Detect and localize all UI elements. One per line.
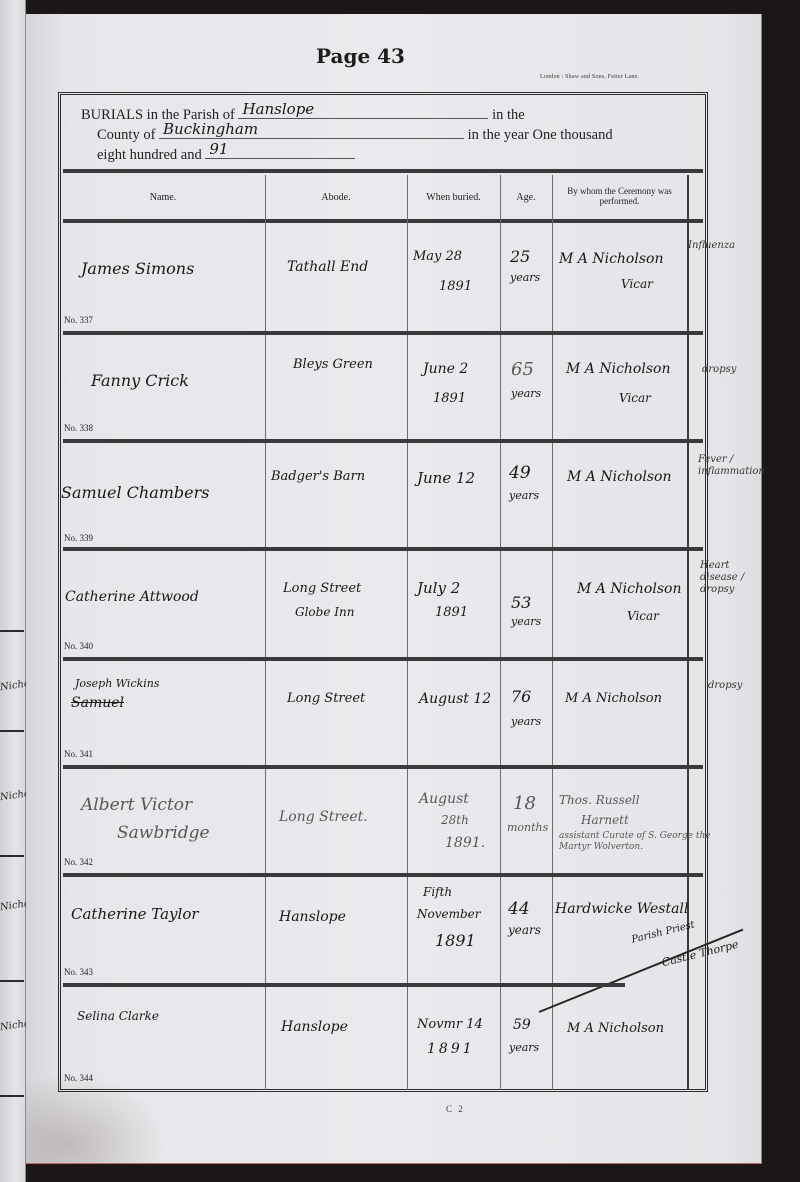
entry-name: Selina Clarke: [77, 1009, 159, 1024]
entry-officiant-title: Vicar: [621, 277, 653, 292]
entry-age: 25: [510, 247, 530, 267]
entry-date: August: [419, 791, 469, 809]
col-header-name: Name.: [61, 175, 265, 219]
entry-number: No. 340: [64, 641, 93, 651]
rule: [0, 630, 24, 632]
entry-date: July 2: [417, 579, 460, 598]
header-rule: [63, 169, 703, 173]
year-value: 91: [209, 140, 228, 158]
entry-age-unit: months: [507, 821, 548, 835]
entry-officiant: M A Nicholson: [567, 469, 671, 487]
entry-date-day: 28th: [441, 813, 469, 828]
margin-note: Influenza: [688, 240, 735, 252]
entry-name: Catherine Attwood: [65, 589, 199, 607]
entry-age-unit: years: [508, 923, 541, 938]
parish-field: Hanslope: [238, 105, 488, 119]
rule: [0, 855, 24, 857]
entry-officiant-line2: Harnett: [581, 813, 629, 828]
entry-officiant: M A Nicholson: [565, 691, 662, 707]
entry-officiant-title: assistant Curate of S. George the Martyr…: [559, 831, 739, 854]
register-page: Page 43 London : Shaw and Sons, Fetter L…: [26, 14, 762, 1164]
table-row: Albert Victor Sawbridge Long Street. Aug…: [61, 769, 705, 875]
margin-note: dropsy: [708, 680, 742, 692]
parish-value: Hanslope: [242, 100, 314, 118]
entry-date: Novmr 14: [417, 1017, 483, 1033]
entry-age-unit: years: [509, 1041, 539, 1055]
table-row: James Simons Tathall End May 28 1891 25 …: [61, 223, 705, 333]
year-field: 91: [205, 145, 355, 159]
entry-age: 18: [513, 793, 536, 816]
entry-age: 59: [513, 1017, 531, 1035]
entry-date-year: 1891: [433, 391, 466, 407]
entry-date-year: 1891: [435, 931, 476, 951]
entry-abode: Long Street: [283, 581, 361, 597]
entry-abode-line2: Globe Inn: [295, 605, 354, 620]
header-line-2: County of Buckingham in the year One tho…: [97, 125, 613, 144]
entry-officiant: M A Nicholson: [567, 1021, 664, 1037]
entry-number: No. 341: [64, 749, 93, 759]
entry-number: No. 337: [64, 315, 93, 325]
entry-officiant-title: Parish Priest: [630, 919, 696, 947]
entry-name-line2: Sawbridge: [117, 823, 210, 844]
entry-date-year: 1891: [435, 605, 468, 621]
entry-age-unit: years: [509, 489, 539, 503]
entry-officiant: Thos. Russell: [559, 793, 640, 808]
col-header-abode: Abode.: [265, 175, 407, 219]
entry-officiant-place: Castle Thorpe: [661, 938, 740, 970]
label-year: in the year One thousand: [468, 127, 613, 143]
entry-officiant: M A Nicholson: [559, 251, 663, 269]
entry-officiant-title: Vicar: [619, 391, 651, 406]
entry-age: 76: [511, 687, 531, 707]
entry-date: June 12: [417, 469, 475, 488]
entry-age: 49: [509, 463, 531, 484]
header-line-3: eight hundred and 91: [97, 145, 355, 164]
entry-number: No. 342: [64, 857, 93, 867]
entry-date-year: 1891: [427, 1041, 475, 1059]
entry-number: No. 344: [64, 1073, 93, 1083]
entry-number: No. 343: [64, 967, 93, 977]
county-value: Buckingham: [163, 120, 258, 138]
entry-name: Fanny Crick: [91, 371, 189, 391]
county-field: Buckingham: [159, 125, 464, 139]
entry-date-year: 1891: [439, 279, 472, 295]
entry-officiant: Hardwicke Westall: [555, 901, 688, 919]
entry-age: 53: [511, 593, 531, 613]
page-title: Page 43: [316, 44, 405, 68]
entry-date-month: November: [417, 907, 481, 922]
entry-age-unit: years: [511, 387, 541, 401]
entry-name: Catherine Taylor: [71, 905, 199, 924]
entry-date: June 2: [423, 361, 468, 379]
left-page-edge: Nichol Nichol Nichol Nichol: [0, 0, 26, 1182]
entry-date: August 12: [419, 691, 491, 709]
entry-abode: Badger's Barn: [271, 469, 365, 485]
entry-abode: Long Street.: [279, 809, 368, 827]
label-eight-hundred: eight hundred and: [97, 147, 202, 163]
table-row: Selina Clarke Hanslope Novmr 14 1891 59 …: [61, 987, 705, 1091]
signature-mark: C 2: [446, 1104, 465, 1114]
entry-date: Fifth: [423, 885, 452, 900]
burial-register-table: BURIALS in the Parish of Hanslope in the…: [58, 92, 708, 1092]
entry-abode: Hanslope: [281, 1019, 348, 1037]
table-row: Samuel Chambers Badger's Barn June 12 49…: [61, 443, 705, 549]
label-county: County of: [97, 127, 155, 143]
entry-age-unit: years: [511, 715, 541, 729]
entry-abode: Tathall End: [287, 259, 368, 277]
entry-date-year: 1891.: [445, 835, 485, 853]
label-in-the: in the: [492, 107, 525, 123]
entry-name-correction: Joseph Wickins: [75, 677, 160, 691]
entry-name: James Simons: [81, 259, 194, 279]
entry-abode: Bleys Green: [293, 357, 373, 373]
table-row: Catherine Attwood Long Street Globe Inn …: [61, 551, 705, 659]
entry-date: May 28: [413, 249, 462, 265]
margin-note: Fever / inflammation: [698, 454, 758, 478]
entry-officiant-title: Vicar: [627, 609, 659, 624]
col-header-when-buried: When buried.: [407, 175, 500, 219]
entry-name: Albert Victor: [81, 795, 192, 816]
register-header: BURIALS in the Parish of Hanslope in the…: [61, 95, 705, 167]
margin-note: dropsy: [702, 364, 736, 376]
margin-note: Heart disease / dropsy: [700, 560, 756, 596]
col-header-age: Age.: [500, 175, 552, 219]
entry-age-unit: years: [511, 615, 541, 629]
entry-officiant: M A Nicholson: [577, 581, 681, 599]
rule: [0, 1095, 24, 1097]
entry-age-unit: years: [510, 271, 540, 285]
entry-name: Samuel Chambers: [61, 483, 209, 503]
entry-officiant: M A Nicholson: [566, 361, 670, 379]
entry-name-struck: Samuel: [71, 695, 124, 713]
entry-number: No. 338: [64, 423, 93, 433]
entry-abode: Hanslope: [279, 909, 346, 927]
table-row: Joseph Wickins Samuel Long Street August…: [61, 661, 705, 767]
rule: [0, 730, 24, 732]
entry-age: 44: [508, 899, 530, 920]
entry-abode: Long Street: [287, 691, 365, 707]
rule: [0, 980, 24, 982]
header-line-1: BURIALS in the Parish of Hanslope in the: [81, 105, 525, 124]
table-row: Catherine Taylor Hanslope Fifth November…: [61, 877, 705, 985]
table-row: Fanny Crick Bleys Green June 2 1891 65 y…: [61, 335, 705, 441]
entry-age: 65: [511, 359, 534, 382]
publisher-imprint: London : Shaw and Sons, Fetter Lane.: [540, 74, 639, 80]
col-header-ceremony: By whom the Ceremony was performed.: [552, 175, 687, 219]
entry-number: No. 339: [64, 533, 93, 543]
